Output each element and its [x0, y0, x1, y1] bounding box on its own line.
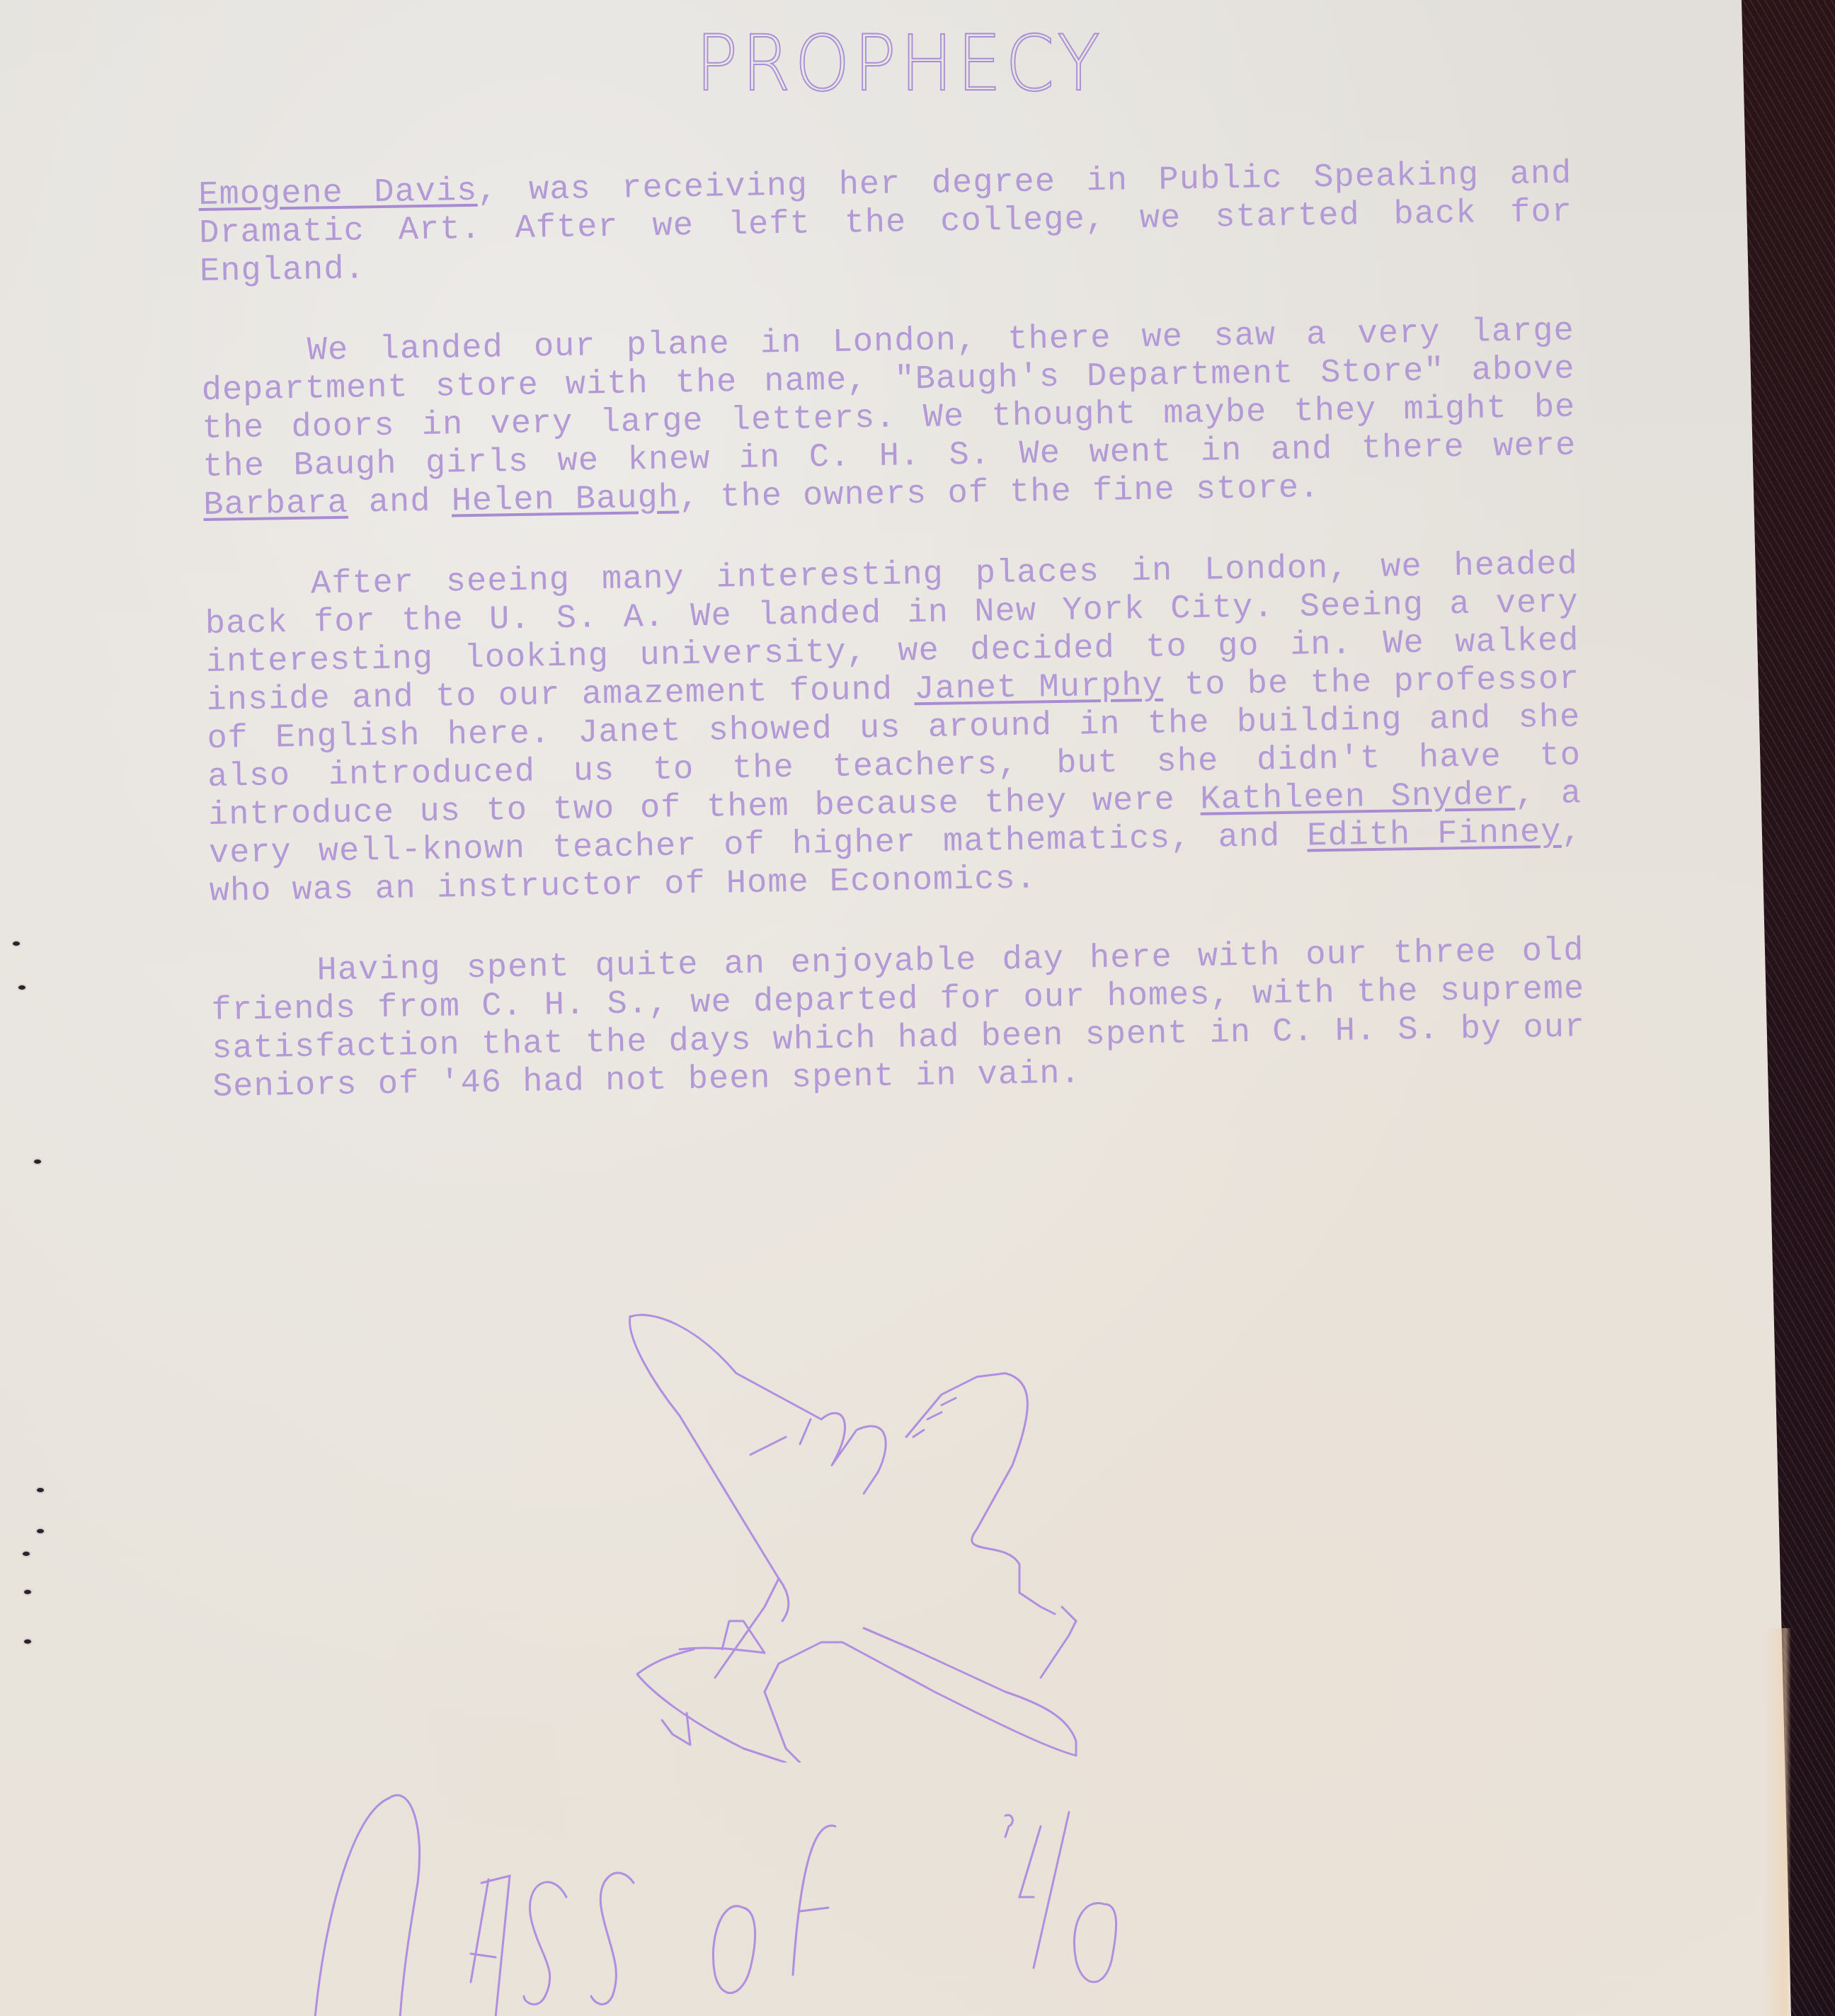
class-of-46-signature — [255, 1784, 1600, 2016]
underlined-name: Barbara — [203, 485, 348, 525]
paragraph-text: and — [348, 483, 452, 522]
underlined-name: Kathleen Snyder — [1200, 777, 1515, 819]
paragraph-text: We landed our plane in London, there we … — [201, 313, 1576, 486]
binding-hole — [37, 1488, 44, 1492]
binding-hole — [34, 1159, 41, 1164]
underlined-name: Janet Murphy — [914, 668, 1163, 709]
underlined-name: Edith Finney — [1307, 814, 1562, 856]
binding-hole — [13, 941, 20, 946]
binding-hole — [24, 1590, 31, 1594]
page-edge — [1763, 1628, 1791, 2016]
underlined-name: Helen Baugh — [451, 479, 679, 520]
paragraph: Emogene Davis, was receiving her degree … — [198, 156, 1573, 292]
paragraph: Having spent quite an enjoyable day here… — [210, 932, 1586, 1106]
paragraph: We landed our plane in London, there we … — [200, 313, 1577, 525]
underlined-name: Emogene Davis — [198, 173, 478, 214]
binding-hole — [23, 1552, 30, 1556]
prophecy-body: Emogene Davis, was receiving her degree … — [198, 156, 1587, 1150]
binding-hole — [18, 985, 25, 990]
binding-hole — [24, 1639, 31, 1644]
binding-hole — [37, 1529, 44, 1533]
airplane-drawing-icon — [609, 1295, 1345, 1763]
paragraph-text: Having spent quite an enjoyable day here… — [211, 932, 1585, 1106]
page-title: PROPHECY — [695, 20, 1060, 108]
paragraph: After seeing many interesting places in … — [205, 546, 1583, 911]
